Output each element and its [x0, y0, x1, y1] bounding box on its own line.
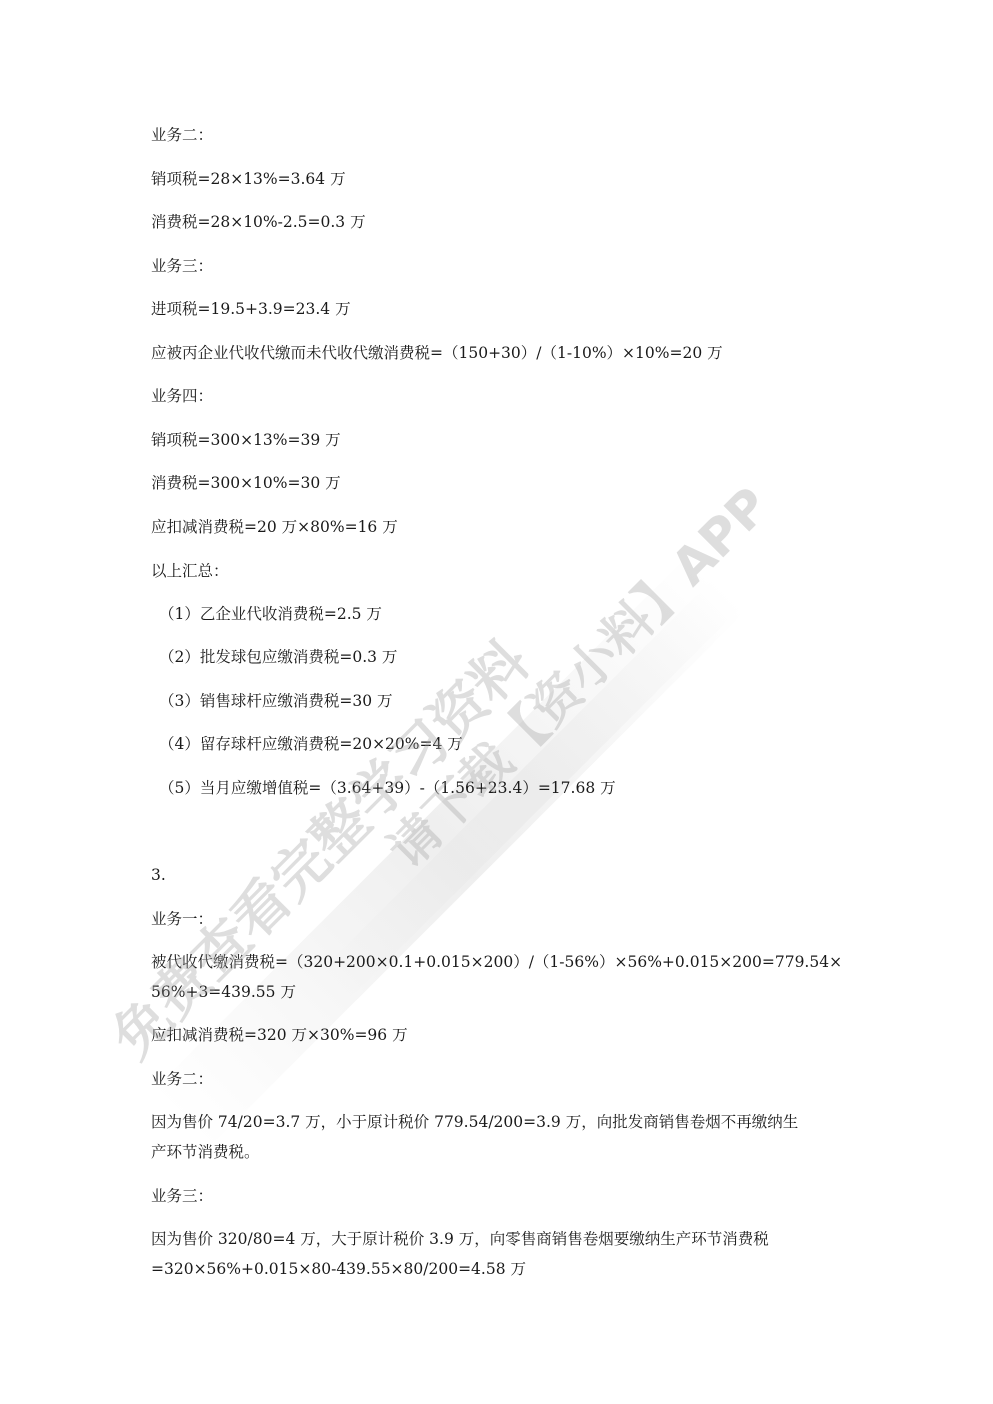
text-line: 销项税=300×13%=39 万: [151, 430, 341, 450]
text-line: 应被丙企业代收代缴而未代收代缴消费税=（150+30）/（1-10%）×10%=…: [151, 343, 723, 363]
text-line: 进项税=19.5+3.9=23.4 万: [151, 299, 351, 319]
summary-item: （4）留存球杆应缴消费税=20×20%=4 万: [159, 734, 463, 754]
text-line: =320×56%+0.015×80-439.55×80/200=4.58 万: [151, 1259, 526, 1279]
text-line: 消费税=28×10%-2.5=0.3 万: [151, 212, 366, 232]
document-page: 业务二： 销项税=28×13%=3.64 万 消费税=28×10%-2.5=0.…: [0, 0, 993, 1404]
summary-item: （1）乙企业代收消费税=2.5 万: [159, 604, 382, 624]
heading-business-1: 业务一：: [151, 909, 213, 929]
heading-summary: 以上汇总：: [151, 561, 229, 581]
heading-business-2b: 业务二：: [151, 1069, 213, 1089]
section-number: 3.: [151, 865, 166, 885]
text-line: 销项税=28×13%=3.64 万: [151, 169, 346, 189]
text-line: 应扣减消费税=320 万×30%=96 万: [151, 1025, 408, 1045]
text-line: 应扣减消费税=20 万×80%=16 万: [151, 517, 398, 537]
heading-business-3b: 业务三：: [151, 1186, 213, 1206]
text-line: 被代收代缴消费税=（320+200×0.1+0.015×200）/（1-56%）…: [151, 952, 842, 972]
heading-business-2: 业务二：: [151, 125, 213, 145]
summary-item: （2）批发球包应缴消费税=0.3 万: [159, 647, 397, 667]
watermark-text-1: 免费查看完整学习资料: [92, 621, 545, 1074]
text-line: 产环节消费税。: [151, 1142, 260, 1162]
watermark-streak: [152, 554, 746, 1148]
text-line: 因为售价 320/80=4 万，大于原计税价 3.9 万，向零售商销售卷烟要缴纳…: [151, 1229, 769, 1249]
heading-business-3: 业务三：: [151, 256, 213, 276]
text-line: 因为售价 74/20=3.7 万，小于原计税价 779.54/200=3.9 万…: [151, 1112, 798, 1132]
text-line: 56%+3=439.55 万: [151, 982, 296, 1002]
text-line: 消费税=300×10%=30 万: [151, 473, 341, 493]
summary-item: （3）销售球杆应缴消费税=30 万: [159, 691, 393, 711]
watermark-text-2: 请下载【资小料】APP: [370, 469, 783, 882]
heading-business-4: 业务四：: [151, 386, 213, 406]
summary-item: （5）当月应缴增值税=（3.64+39）-（1.56+23.4）=17.68 万: [159, 778, 616, 798]
